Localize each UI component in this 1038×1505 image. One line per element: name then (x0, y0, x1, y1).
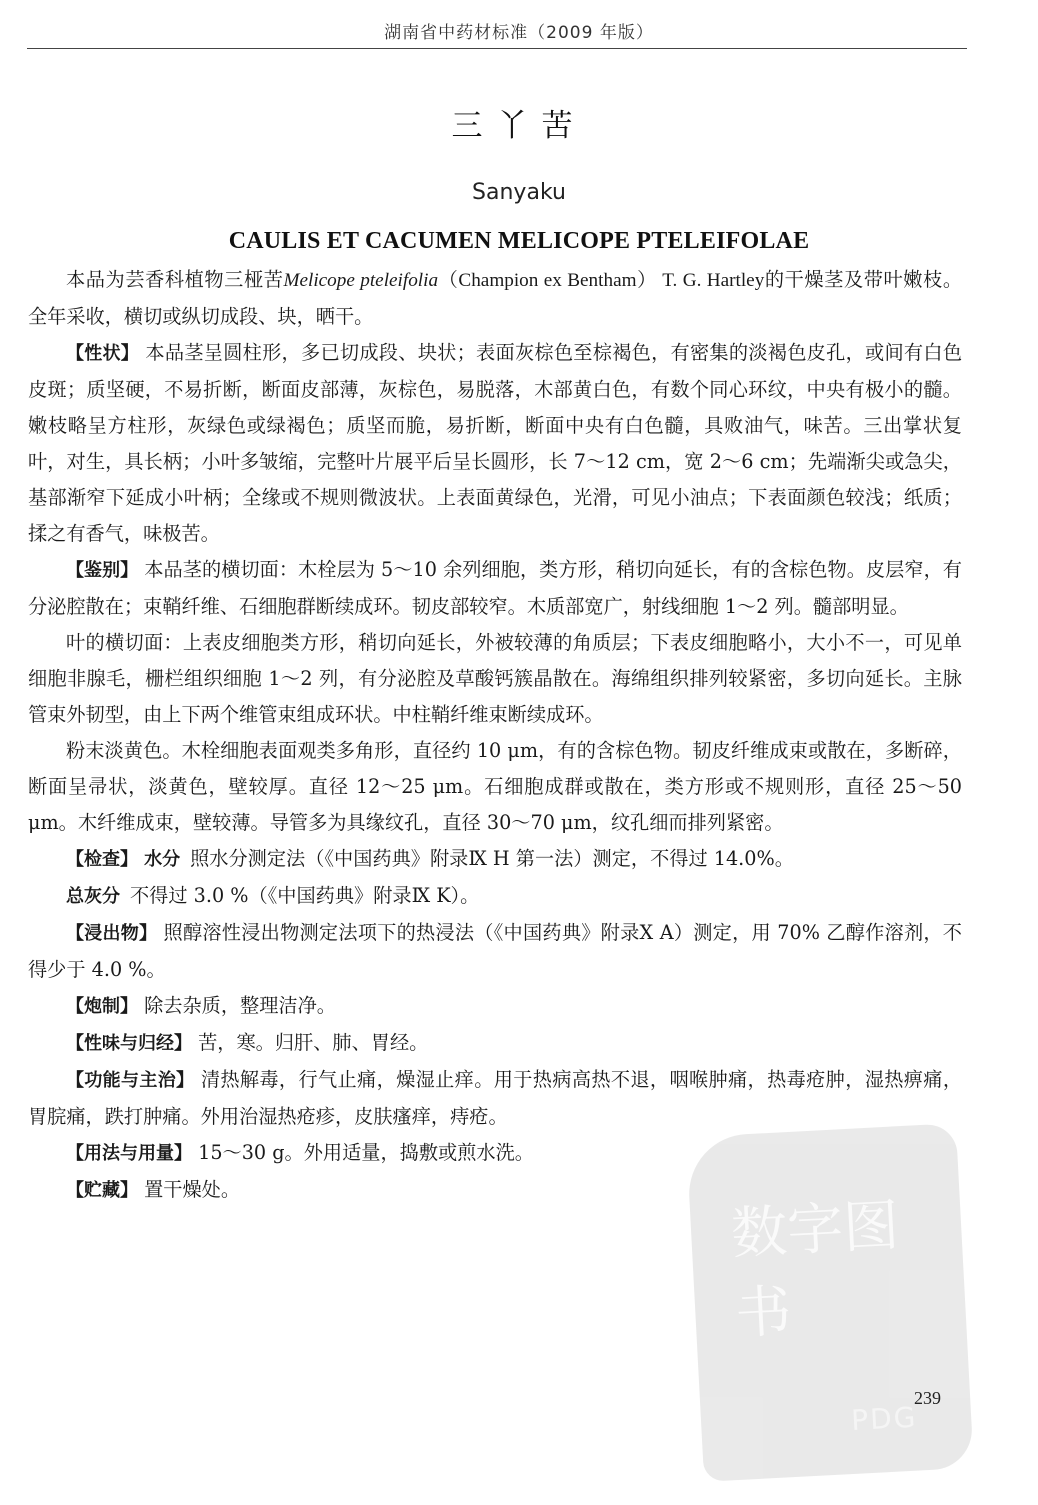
monograph-body: 本品为芸香科植物三桠苦Melicope pteleifolia（Champion… (28, 262, 962, 1209)
running-header: 湖南省中药材标准（2009 年版） (0, 18, 1038, 43)
watermark-seal-text: 数字图书 (729, 1185, 937, 1355)
functions-label: 【功能与主治】 (66, 1070, 194, 1091)
inspection-label: 【检查】 (66, 849, 138, 870)
species-authority: （Champion ex Bentham） T. G. Hartley (438, 270, 764, 291)
dosage-label: 【用法与用量】 (66, 1143, 192, 1164)
intro-prefix: 本品为芸香科植物三桠苦 (66, 268, 284, 291)
extract-section: 【浸出物】 照醇溶性浸出物测定法项下的热浸法（《中国药典》附录Ⅹ A）测定，用 … (28, 915, 962, 988)
ash-text: 不得过 3.0 %（《中国药典》附录Ⅸ K）。 (130, 884, 479, 907)
monograph-title: 三丫苦 (0, 100, 1038, 145)
nature-text: 苦，寒。归肝、肺、胃经。 (198, 1031, 428, 1054)
identification-powder-text: 粉末淡黄色。木栓细胞表面观类多角形，直径约 10 μm，有的含棕色物。韧皮纤维成… (28, 739, 962, 834)
identification-leaf-text: 叶的横切面：上表皮细胞类方形，稍切向延长，外被较薄的角质层；下表皮细胞略小，大小… (28, 631, 962, 726)
storage-text: 置干燥处。 (144, 1178, 240, 1201)
storage-label: 【贮藏】 (66, 1180, 138, 1201)
water-label: 水分 (144, 849, 180, 870)
species-name: Melicope pteleifolia (284, 270, 439, 291)
monograph-latin-name: CAULIS ET CACUMEN MELICOPE PTELEIFOLAE (0, 228, 1038, 255)
inspection-section: 【检查】 水分照水分测定法（《中国药典》附录Ⅸ H 第一法）测定，不得过 14.… (28, 841, 962, 878)
processing-label: 【炮制】 (66, 996, 138, 1017)
nature-section: 【性味与归经】 苦，寒。归肝、肺、胃经。 (28, 1025, 962, 1062)
header-rule (27, 48, 967, 49)
description-label: 【性状】 (66, 343, 139, 364)
intro-paragraph: 本品为芸香科植物三桠苦Melicope pteleifolia（Champion… (28, 262, 962, 335)
description-section: 【性状】 本品茎呈圆柱形，多已切成段、块状；表面灰棕色至棕褐色，有密集的淡褐色皮… (28, 335, 962, 552)
processing-text: 除去杂质，整理洁净。 (144, 994, 336, 1017)
description-text: 本品茎呈圆柱形，多已切成段、块状；表面灰棕色至棕褐色，有密集的淡褐色皮孔，或间有… (28, 341, 962, 545)
functions-section: 【功能与主治】 清热解毒，行气止痛，燥湿止痒。用于热病高热不退，咽喉肿痛，热毒疮… (28, 1062, 962, 1135)
ash-paragraph: 总灰分不得过 3.0 %（《中国药典》附录Ⅸ K）。 (28, 878, 962, 915)
extract-text: 照醇溶性浸出物测定法项下的热浸法（《中国药典》附录Ⅹ A）测定，用 70% 乙醇… (28, 921, 962, 981)
storage-section: 【贮藏】 置干燥处。 (28, 1172, 962, 1209)
watermark-pdg-label: PDG (850, 1401, 918, 1437)
dosage-text: 15～30 g。外用适量，捣敷或煎水洗。 (198, 1141, 534, 1164)
identification-label: 【鉴别】 (66, 560, 138, 581)
page-number: 239 (914, 1388, 941, 1409)
nature-label: 【性味与归经】 (66, 1033, 192, 1054)
water-text: 照水分测定法（《中国药典》附录Ⅸ H 第一法）测定，不得过 14.0%。 (190, 847, 794, 870)
processing-section: 【炮制】 除去杂质，整理洁净。 (28, 988, 962, 1025)
dosage-section: 【用法与用量】 15～30 g。外用适量，捣敷或煎水洗。 (28, 1135, 962, 1172)
ash-label: 总灰分 (66, 886, 120, 907)
identification-powder-paragraph: 粉末淡黄色。木栓细胞表面观类多角形，直径约 10 μm，有的含棕色物。韧皮纤维成… (28, 733, 962, 841)
extract-label: 【浸出物】 (66, 923, 157, 944)
identification-leaf-paragraph: 叶的横切面：上表皮细胞类方形，稍切向延长，外被较薄的角质层；下表皮细胞略小，大小… (28, 625, 962, 733)
identification-stem-text: 本品茎的横切面：木栓层为 5～10 余列细胞，类方形，稍切向延长，有的含棕色物。… (28, 558, 962, 618)
identification-section: 【鉴别】 本品茎的横切面：木栓层为 5～10 余列细胞，类方形，稍切向延长，有的… (28, 552, 962, 625)
monograph-pinyin: Sanyaku (0, 180, 1038, 205)
